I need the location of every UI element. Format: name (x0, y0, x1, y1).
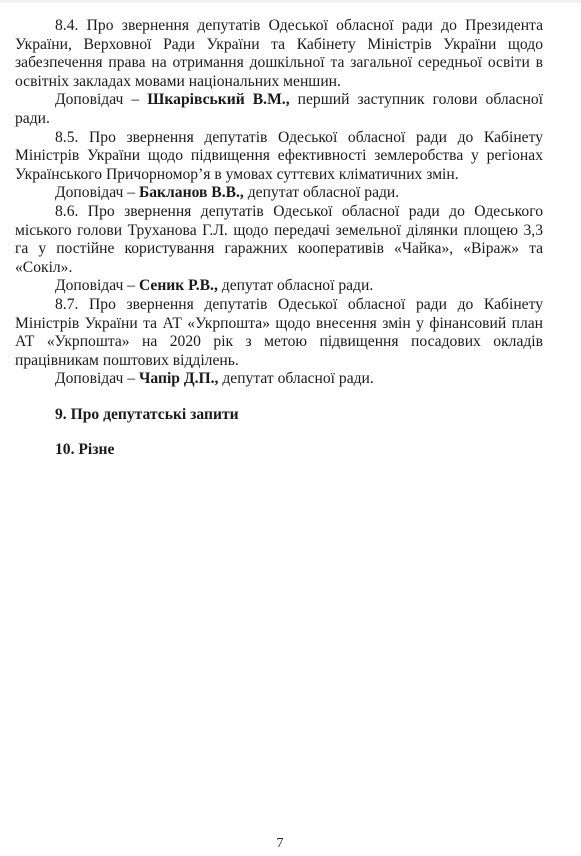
speaker-prefix: Доповідач – (55, 277, 139, 294)
speaker-role: депутат обласної ради. (218, 277, 373, 294)
speaker-8-4: Доповідач – Шкарівський В.М., перший зас… (15, 91, 543, 128)
agenda-item-8-7: 8.7. Про звернення депутатів Одеської об… (15, 296, 543, 370)
section-heading-9: 9. Про депутатські запити (15, 406, 543, 425)
speaker-prefix: Доповідач – (55, 184, 139, 201)
agenda-item-8-4: 8.4. Про звернення депутатів Одеської об… (15, 17, 543, 91)
agenda-item-8-6: 8.6. Про звернення депутатів Одеської об… (15, 203, 543, 277)
speaker-8-7: Доповідач – Чапір Д.П., депутат обласної… (15, 370, 543, 389)
speaker-prefix: Доповідач – (55, 370, 139, 387)
document-page: 8.4. Про звернення депутатів Одеської об… (15, 17, 543, 460)
speaker-name: Бакланов В.В., (139, 184, 244, 201)
speaker-name: Шкарівський В.М., (147, 91, 289, 108)
agenda-item-8-5: 8.5. Про звернення депутатів Одеської об… (15, 129, 543, 185)
speaker-8-6: Доповідач – Сеник Р.В., депутат обласної… (15, 277, 543, 296)
page-top-edge (0, 0, 581, 3)
speaker-role: депутат обласної ради. (218, 370, 373, 387)
speaker-name: Чапір Д.П., (139, 370, 218, 387)
page-number: 7 (0, 836, 560, 852)
section-heading-10: 10. Різне (15, 441, 543, 460)
speaker-name: Сеник Р.В., (139, 277, 218, 294)
speaker-prefix: Доповідач – (55, 91, 147, 108)
speaker-role: депутат обласної ради. (244, 184, 399, 201)
speaker-8-5: Доповідач – Бакланов В.В., депутат облас… (15, 184, 543, 203)
